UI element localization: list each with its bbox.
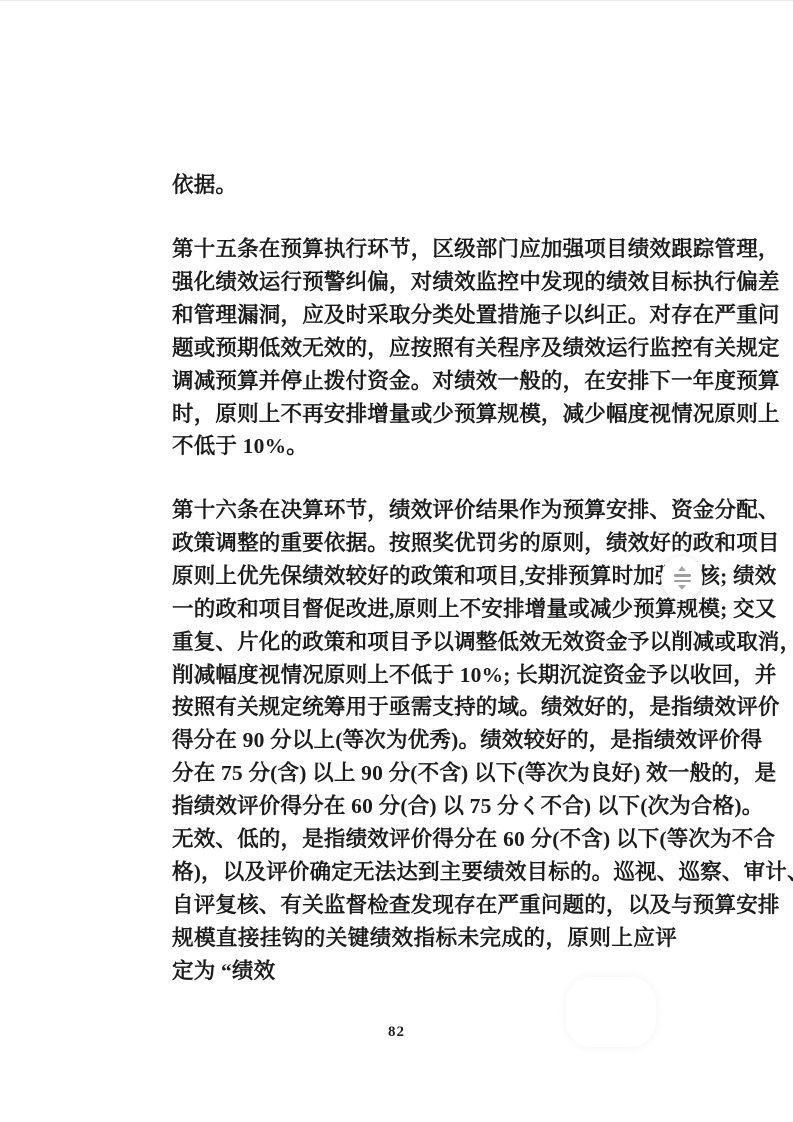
paragraph-intro-remainder: 依据。 [172,169,677,202]
text-line: 强化绩效运行预警纠偏，对绩效监控中发现的绩效目标执行偏差 [172,266,677,299]
triangle-up-icon [678,566,686,571]
text-line: 不低于 10%。 [172,430,677,463]
text-line: 无效、低的，是指绩效评价得分在 60 分(不含) 以下(等次为不合 [172,823,677,856]
text-line: 第十六条在决算环节，绩效评价结果作为预算安排、资金分配、 [172,494,677,527]
text-line: 时，原则上不再安排增量或少预算规模，减少幅度视情况原则上 [172,398,677,431]
text-line: 自评复核、有关监督检查发现存在严重问题的，以及与预算安排 [172,889,677,922]
text-line: 和管理漏洞，应及时采取分类处置措施子以纠正。对存在严重问 [172,299,677,332]
text-line: 依据。 [172,169,677,202]
text-line: 得分在 90 分以上(等次为优秀)。绩效较好的，是指绩效评价得 [172,724,677,757]
text-line: 题或预期低效无效的，应按照有关程序及绩效运行监控有关规定 [172,332,677,365]
text-line: 第十五条在预算执行环节，区级部门应加强项目绩效跟踪管理， [172,233,677,266]
text-line: 按照有关规定统筹用于亟需支持的域。绩效好的，是指绩效评价 [172,691,677,724]
scroll-drag-widget[interactable] [661,556,703,600]
document-page: 依据。 第十五条在预算执行环节，区级部门应加强项目绩效跟踪管理， 强化绩效运行预… [0,0,793,1122]
text-line: 指绩效评价得分在 60 分(合) 以 75 分く不合) 以下(次为合格)。 [172,790,677,823]
text-line: 格)，以及评价确定无法达到主要绩效目标的。巡视、巡察、审计、 [172,856,677,889]
text-line: 削减幅度视情况原则上不低于 10%; 长期沉淀资金予以收回，并 [172,659,677,692]
drag-handle-bar-icon [674,574,691,577]
page-number: 82 [0,1024,793,1041]
page-top-border [0,0,793,1]
faded-floating-button[interactable] [566,977,656,1047]
text-line: 政策调整的重要依据。按照奖优罚劣的原则，绩效好的政和项目 [172,527,677,560]
triangle-down-icon [678,585,686,590]
paragraph-article-15: 第十五条在预算执行环节，区级部门应加强项目绩效跟踪管理， 强化绩效运行预警纠偏，… [172,233,677,463]
text-line: 调减预算并停止拨付资金。对绩效一般的，在安排下一年度预算 [172,365,677,398]
drag-handle-bar-icon [674,580,691,583]
paragraph-article-16: 第十六条在决算环节，绩效评价结果作为预算安排、资金分配、 政策调整的重要依据。按… [172,494,677,988]
text-line: 原则上优先保绩效较好的政策和项目,安排预算时加强审核; 绩效 [172,560,677,593]
text-line: 分在 75 分(含) 以上 90 分(不含) 以下(等次为良好) 效一般的，是 [172,757,677,790]
text-line: 一的政和项目督促改进,原则上不安排增量或减少预算规模; 交又 [172,593,677,626]
text-line: 重复、片化的政策和项目予以调整低效无效资金予以削减或取消， [172,626,677,659]
